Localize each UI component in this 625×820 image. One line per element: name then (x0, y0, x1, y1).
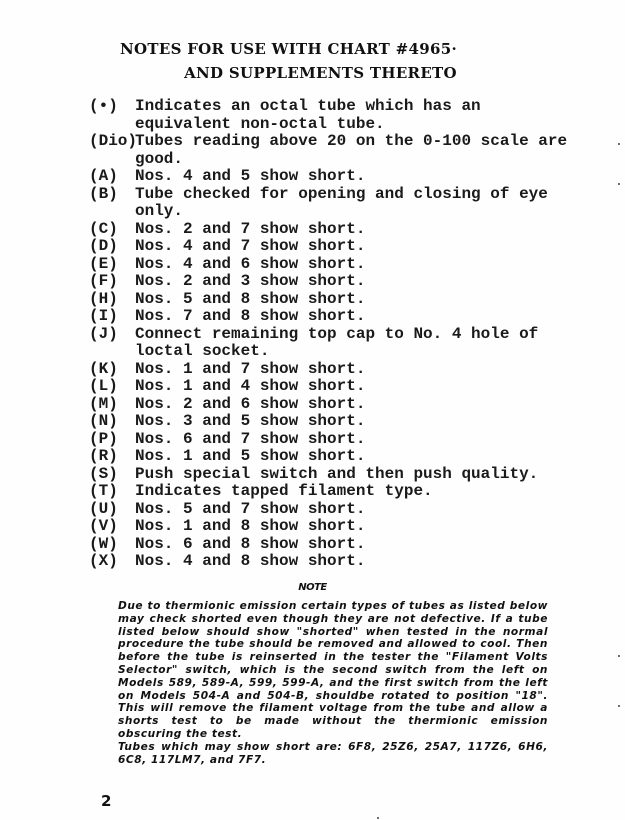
note-key: (L) (89, 378, 135, 396)
note-text: Nos. 2 and 6 show short. (135, 396, 569, 414)
note-text: Tube checked for opening and closing of … (135, 186, 569, 221)
note-text: Nos. 4 and 6 show short. (135, 256, 569, 274)
note-key: (A) (89, 168, 135, 186)
note-item: (B)Tube checked for opening and closing … (89, 186, 569, 221)
note-key: (J) (89, 326, 135, 361)
note-item: (L)Nos. 1 and 4 show short. (89, 378, 569, 396)
note-key: (T) (89, 483, 135, 501)
note-key: (E) (89, 256, 135, 274)
note-text: Indicates an octal tube which has an equ… (135, 98, 569, 133)
note-key: (S) (89, 466, 135, 484)
note-key: (I) (89, 308, 135, 326)
note-key: (P) (89, 431, 135, 449)
notes-list: (•)Indicates an octal tube which has an … (89, 98, 569, 571)
note-item: (•)Indicates an octal tube which has an … (89, 98, 569, 133)
note-key: (D) (89, 238, 135, 256)
note-key: (N) (89, 413, 135, 431)
note-key: (M) (89, 396, 135, 414)
note-text: Nos. 1 and 7 show short. (135, 361, 569, 379)
note-text: Push special switch and then push qualit… (135, 466, 569, 484)
tubes-list-paragraph: Tubes which may show short are: 6F8, 25Z… (118, 741, 548, 767)
note-item: (K)Nos. 1 and 7 show short. (89, 361, 569, 379)
note-item: (H)Nos. 5 and 8 show short. (89, 291, 569, 309)
note-key: (K) (89, 361, 135, 379)
page-title-line-2: AND SUPPLEMENTS THERETO (8, 64, 625, 82)
note-item: (E)Nos. 4 and 6 show short. (89, 256, 569, 274)
note-text: Nos. 1 and 4 show short. (135, 378, 569, 396)
note-item: (A)Nos. 4 and 5 show short. (89, 168, 569, 186)
note-paragraph: Due to thermionic emission certain types… (118, 600, 548, 741)
note-item: (J)Connect remaining top cap to No. 4 ho… (89, 326, 569, 361)
note-key: (H) (89, 291, 135, 309)
note-item: (Dio)Tubes reading above 20 on the 0-100… (89, 133, 569, 168)
note-item: (R)Nos. 1 and 5 show short. (89, 448, 569, 466)
note-item: (F)Nos. 2 and 3 show short. (89, 273, 569, 291)
note-item: (T)Indicates tapped filament type. (89, 483, 569, 501)
note-key: (W) (89, 536, 135, 554)
note-text: Nos. 5 and 7 show short. (135, 501, 569, 519)
note-item: (P)Nos. 6 and 7 show short. (89, 431, 569, 449)
note-text: Nos. 2 and 3 show short. (135, 273, 569, 291)
note-item: (S)Push special switch and then push qua… (89, 466, 569, 484)
note-text: Nos. 3 and 5 show short. (135, 413, 569, 431)
note-key: (X) (89, 553, 135, 571)
note-item: (W)Nos. 6 and 8 show short. (89, 536, 569, 554)
note-text: Nos. 4 and 8 show short. (135, 553, 569, 571)
note-text: Nos. 1 and 5 show short. (135, 448, 569, 466)
note-heading: NOTE (0, 582, 625, 593)
note-item: (N)Nos. 3 and 5 show short. (89, 413, 569, 431)
note-text: Tubes reading above 20 on the 0-100 scal… (135, 133, 569, 168)
note-item: (U)Nos. 5 and 7 show short. (89, 501, 569, 519)
note-text: Nos. 1 and 8 show short. (135, 518, 569, 536)
note-key: (U) (89, 501, 135, 519)
note-item: (V)Nos. 1 and 8 show short. (89, 518, 569, 536)
note-text: Nos. 4 and 7 show short. (135, 238, 569, 256)
note-text: Nos. 7 and 8 show short. (135, 308, 569, 326)
note-text: Indicates tapped filament type. (135, 483, 569, 501)
page-title-line-1: NOTES FOR USE WITH CHART #4965· (0, 40, 601, 58)
note-key: (B) (89, 186, 135, 221)
note-key: (F) (89, 273, 135, 291)
note-key: (C) (89, 221, 135, 239)
scan-speck (618, 705, 620, 707)
note-item: (I)Nos. 7 and 8 show short. (89, 308, 569, 326)
page-number: 2 (101, 792, 111, 810)
note-text: Nos. 5 and 8 show short. (135, 291, 569, 309)
note-item: (D)Nos. 4 and 7 show short. (89, 238, 569, 256)
note-key: (Dio) (89, 133, 135, 168)
note-text: Nos. 6 and 7 show short. (135, 431, 569, 449)
note-text: Connect remaining top cap to No. 4 hole … (135, 326, 569, 361)
note-text: Nos. 4 and 5 show short. (135, 168, 569, 186)
scan-speck (618, 143, 620, 145)
note-key: (•) (89, 98, 135, 133)
note-item: (C)Nos. 2 and 7 show short. (89, 221, 569, 239)
note-item: (M)Nos. 2 and 6 show short. (89, 396, 569, 414)
note-text: Nos. 2 and 7 show short. (135, 221, 569, 239)
scan-speck (618, 183, 620, 185)
note-key: (R) (89, 448, 135, 466)
scan-speck (618, 655, 620, 657)
note-item: (X)Nos. 4 and 8 show short. (89, 553, 569, 571)
scan-speck (377, 817, 379, 819)
note-text: Nos. 6 and 8 show short. (135, 536, 569, 554)
document-page: NOTES FOR USE WITH CHART #4965· AND SUPP… (0, 0, 625, 820)
note-key: (V) (89, 518, 135, 536)
